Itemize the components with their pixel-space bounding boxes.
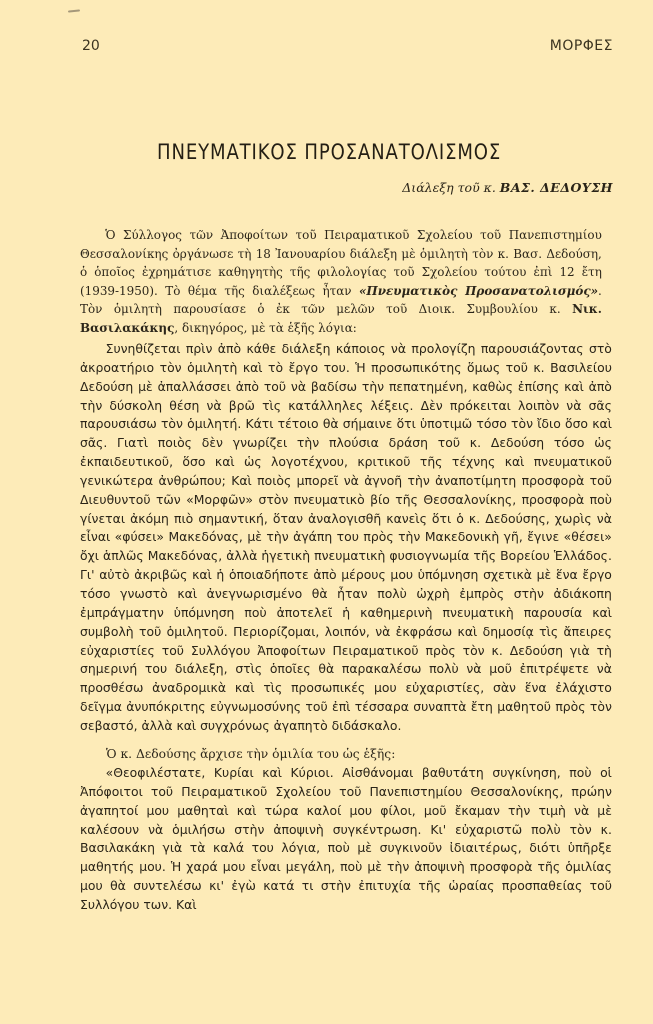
journal-name: ΜΟΡΦΕΣ: [550, 38, 613, 54]
ink-mark: [68, 9, 80, 12]
intro-paragraph: Ὁ Σύλλογος τῶν Ἀποφοίτων τοῦ Πειραματικο…: [80, 226, 602, 338]
intro-part-3: , δικηγόρος, μὲ τὰ ἑξῆς λόγια:: [174, 321, 356, 335]
byline: Διάλεξη τοῦ κ. ΒΑΣ. ΔΕΔΟΥΣΗ: [402, 180, 613, 195]
introductory-speech: Συνηθίζεται πρὶν ἀπὸ κάθε διάλεξη κάποιο…: [80, 340, 612, 736]
speech-paragraph: Συνηθίζεται πρὶν ἀπὸ κάθε διάλεξη κάποιο…: [80, 340, 612, 736]
intro-text: Ὁ Σύλλογος τῶν Ἀποφοίτων τοῦ Πειραματικο…: [80, 226, 602, 338]
lecture-topic: «Πνευματικὸς Προσανατολισμός»: [359, 283, 598, 298]
article-title: ΠΝΕΥΜΑΤΙΚΟΣ ΠΡΟΣΑΝΑΤΟΛΙΣΜΟΣ: [48, 140, 610, 164]
transition-line: Ὁ κ. Δεδούσης ἄρχισε τὴν ὁμιλία του ὡς ἑ…: [80, 745, 618, 763]
lecture-opening: «Θεοφιλέστατε, Κυρίαι καὶ Κύριοι. Αἰσθάν…: [80, 764, 612, 915]
lecture-paragraph: «Θεοφιλέστατε, Κυρίαι καὶ Κύριοι. Αἰσθάν…: [80, 764, 612, 915]
transition-text: Ὁ κ. Δεδούσης ἄρχισε τὴν ὁμιλία του ὡς ἑ…: [80, 745, 618, 763]
byline-author: ΒΑΣ. ΔΕΔΟΥΣΗ: [500, 180, 613, 195]
byline-prefix: Διάλεξη τοῦ κ.: [402, 180, 496, 195]
running-head: 20 ΜΟΡΦΕΣ: [82, 38, 613, 58]
page-number: 20: [82, 38, 100, 54]
